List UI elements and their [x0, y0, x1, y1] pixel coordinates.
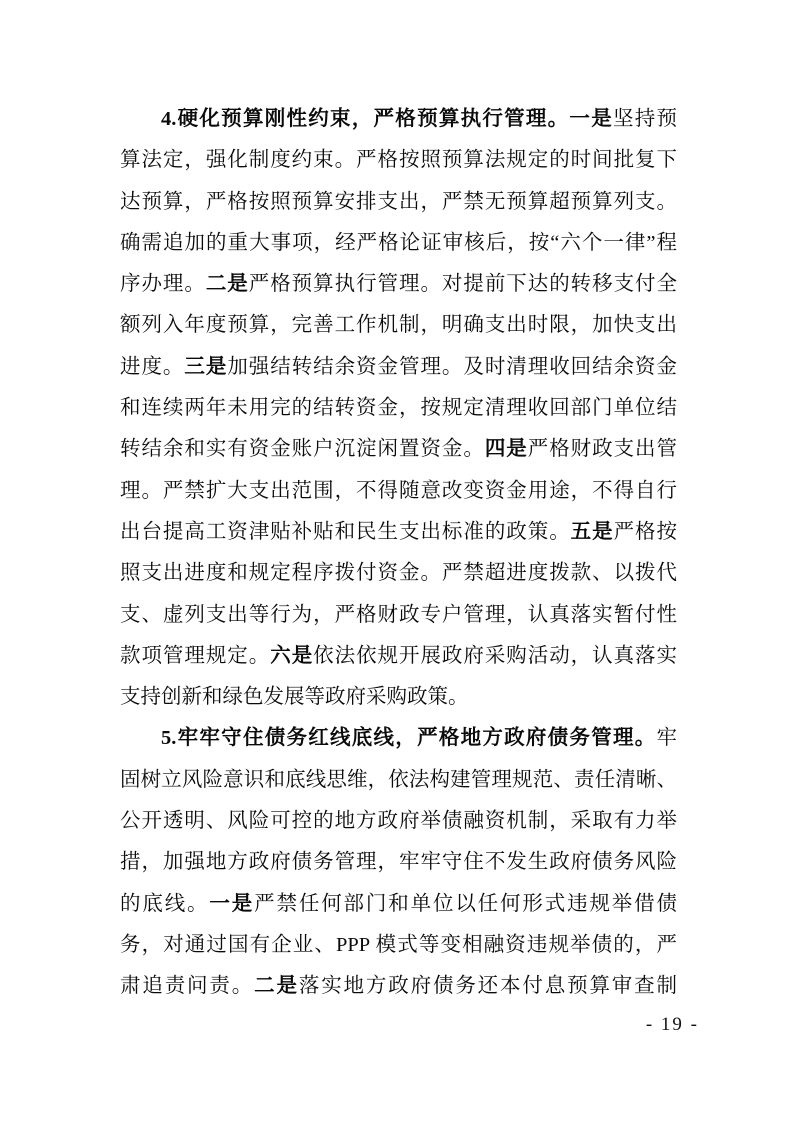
text-line: 措，加强地方政府债务管理，牢牢守住不发生政府债务风险: [120, 842, 677, 883]
text-segment: 肃追责问责。: [120, 975, 254, 997]
text-segment: 落实地方政府债务还本付息预算审查制: [299, 975, 677, 997]
text-line: 序办理。二是严格预算执行管理。对提前下达的转移支付全: [120, 264, 677, 305]
text-line: 确需追加的重大事项，经严格论证审核后，按“六个一律”程: [120, 223, 677, 264]
text-line: 照支出进度和规定程序拨付资金。严禁超进度拨款、以拨代: [120, 553, 677, 594]
page-number: - 19 -: [646, 1011, 699, 1039]
text-line: 的底线。一是严禁任何部门和单位以任何形式违规举借债: [120, 884, 677, 925]
text-line: 出台提高工资津贴补贴和民生支出标准的政策。五是严格按: [120, 512, 677, 553]
text-line: 4.硬化预算刚性约束，严格预算执行管理。一是坚持预: [120, 99, 677, 140]
text-line: 款项管理规定。六是依法依规开展政府采购活动，认真落实: [120, 636, 677, 677]
text-line: 肃追责问责。二是落实地方政府债务还本付息预算审查制: [120, 966, 677, 1007]
text-segment: 支持创新和绿色发展等政府采购政策。: [120, 686, 469, 708]
text-line: 固树立风险意识和底线思维，依法构建管理规范、责任清晰、: [120, 760, 677, 801]
text-segment: 达预算，严格按照预算安排支出，严禁无预算超预算列支。: [120, 191, 677, 213]
bold-text-segment: 4.硬化预算刚性约束，严格预算执行管理。一是: [161, 108, 613, 130]
bold-text-segment: 二是: [206, 273, 249, 295]
bold-text-segment: 六是: [270, 645, 313, 667]
text-line: 公开透明、风险可控的地方政府举债融资机制，采取有力举: [120, 801, 677, 842]
text-segment: 严格预算执行管理。对提前下达的转移支付全: [249, 273, 677, 295]
text-segment: 算法定，强化制度约束。严格按照预算法规定的时间批复下: [120, 149, 677, 171]
text-line: 进度。三是加强结转结余资金管理。及时清理收回结余资金: [120, 347, 677, 388]
text-line: 5.牢牢守住债务红线底线，严格地方政府债务管理。牢: [120, 718, 677, 759]
text-segment: 和连续两年未用完的结转资金，按规定清理收回部门单位结: [120, 397, 677, 419]
text-segment: 款项管理规定。: [120, 645, 270, 667]
text-segment: 坚持预: [613, 108, 677, 130]
text-segment: 的底线。: [120, 893, 209, 915]
text-segment: 理。严禁扩大支出范围，不得随意改变资金用途，不得自行: [120, 480, 677, 502]
text-segment: 额列入年度预算，完善工作机制，明确支出时限，加快支出: [120, 314, 677, 336]
text-segment: 牢: [657, 727, 678, 749]
text-segment: 确需追加的重大事项，经严格论证审核后，按“六个一律”程: [120, 232, 677, 254]
text-line: 务，对通过国有企业、PPP 模式等变相融资违规举债的，严: [120, 925, 677, 966]
text-line: 达预算，严格按照预算安排支出，严禁无预算超预算列支。: [120, 182, 677, 223]
text-segment: 公开透明、风险可控的地方政府举债融资机制，采取有力举: [120, 810, 677, 832]
text-line: 额列入年度预算，完善工作机制，明确支出时限，加快支出: [120, 305, 677, 346]
text-segment: 固树立风险意识和底线思维，依法构建管理规范、责任清晰、: [120, 769, 677, 791]
text-segment: 支、虚列支出等行为，严格财政专户管理，认真落实暂付性: [120, 604, 677, 626]
text-segment: 加强结转结余资金管理。及时清理收回结余资金: [227, 356, 677, 378]
bold-text-segment: 5.牢牢守住债务红线底线，严格地方政府债务管理。: [161, 727, 657, 749]
document-body: 4.硬化预算刚性约束，严格预算执行管理。一是坚持预算法定，强化制度约束。严格按照…: [120, 99, 677, 1008]
text-line: 转结余和实有资金账户沉淀闲置资金。四是严格财政支出管: [120, 429, 677, 470]
text-segment: 措，加强地方政府债务管理，牢牢守住不发生政府债务风险: [120, 851, 677, 873]
text-line: 支持创新和绿色发展等政府采购政策。: [120, 677, 677, 718]
text-segment: 严格财政支出管: [528, 438, 677, 460]
bold-text-segment: 三是: [184, 356, 227, 378]
text-line: 算法定，强化制度约束。严格按照预算法规定的时间批复下: [120, 140, 677, 181]
document-page: 4.硬化预算刚性约束，严格预算执行管理。一是坚持预算法定，强化制度约束。严格按照…: [0, 0, 793, 1122]
bold-text-segment: 一是: [209, 893, 254, 915]
text-segment: 务，对通过国有企业、PPP 模式等变相融资违规举债的，严: [120, 934, 677, 956]
text-line: 支、虚列支出等行为，严格财政专户管理，认真落实暂付性: [120, 595, 677, 636]
text-segment: 转结余和实有资金账户沉淀闲置资金。: [120, 438, 485, 460]
bold-text-segment: 二是: [254, 975, 299, 997]
text-line: 理。严禁扩大支出范围，不得随意改变资金用途，不得自行: [120, 471, 677, 512]
text-segment: 严禁任何部门和单位以任何形式违规举借债: [254, 893, 677, 915]
bold-text-segment: 五是: [571, 521, 614, 543]
text-segment: 序办理。: [120, 273, 206, 295]
text-segment: 依法依规开展政府采购活动，认真落实: [313, 645, 677, 667]
text-segment: 严格按: [614, 521, 677, 543]
text-line: 和连续两年未用完的结转资金，按规定清理收回部门单位结: [120, 388, 677, 429]
bold-text-segment: 四是: [485, 438, 528, 460]
text-segment: 照支出进度和规定程序拨付资金。严禁超进度拨款、以拨代: [120, 562, 677, 584]
text-segment: 出台提高工资津贴补贴和民生支出标准的政策。: [120, 521, 571, 543]
text-segment: 进度。: [120, 356, 184, 378]
